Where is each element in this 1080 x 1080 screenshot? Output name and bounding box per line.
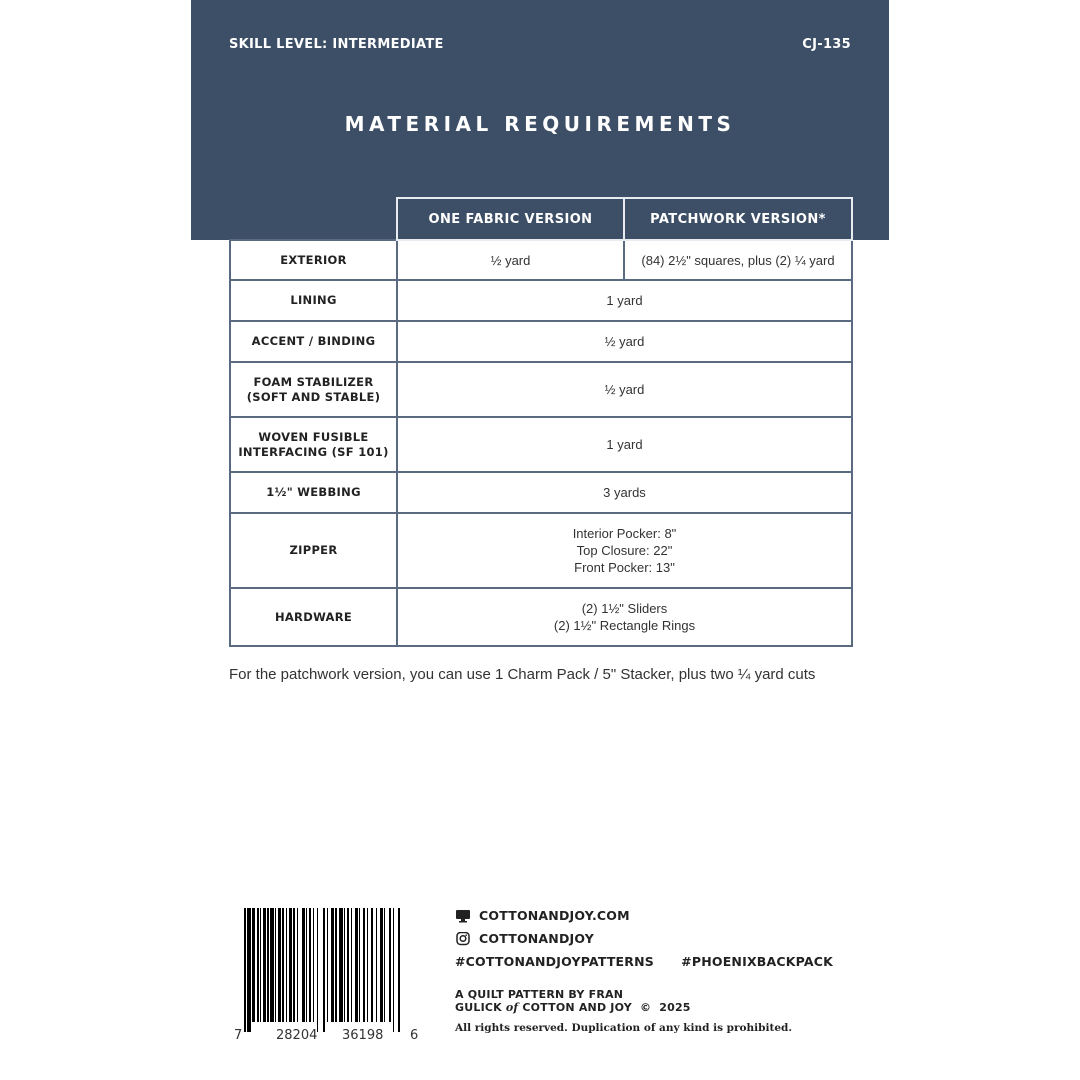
hashtag-cottonandjoypatterns: #COTTONANDJOYPATTERNS xyxy=(455,954,654,969)
material-requirements-table: ONE FABRIC VERSION PATCHWORK VERSION* EX… xyxy=(229,197,853,647)
row-label: ZIPPER xyxy=(230,513,397,588)
table-header-row: ONE FABRIC VERSION PATCHWORK VERSION* xyxy=(230,198,852,240)
row-label: LINING xyxy=(230,280,397,321)
hashtags-row: #COTTONANDJOYPATTERNS #PHOENIXBACKPACK xyxy=(455,950,833,973)
instagram-row: COTTONANDJOY xyxy=(455,927,835,950)
row-label-line: 1½" WEBBING xyxy=(235,485,392,500)
row-value: 3 yards xyxy=(397,472,852,513)
website-row: COTTONANDJOY.COM xyxy=(455,904,835,927)
footer: COTTONANDJOY.COM COTTONANDJOY #COTTONAND… xyxy=(455,904,835,1034)
row-value: ½ yard xyxy=(397,362,852,417)
skill-level: SKILL LEVEL: INTERMEDIATE xyxy=(229,37,444,52)
value-line: ½ yard xyxy=(402,333,847,350)
value-line: ½ yard xyxy=(402,252,619,269)
table-row: HARDWARE(2) 1½" Sliders(2) 1½" Rectangle… xyxy=(230,588,852,646)
table-row: 1½" WEBBING3 yards xyxy=(230,472,852,513)
barcode: 7 28204 36198 6 xyxy=(232,906,422,1046)
row-label: 1½" WEBBING xyxy=(230,472,397,513)
website-link[interactable]: COTTONANDJOY.COM xyxy=(479,908,630,923)
row-label-line: ZIPPER xyxy=(235,543,392,558)
value-line: 1 yard xyxy=(402,436,847,453)
row-label-line: INTERFACING (SF 101) xyxy=(235,445,392,460)
value-line: Top Closure: 22" xyxy=(402,542,847,559)
value-line: (84) 2½" squares, plus (2) ¼ yard xyxy=(629,252,847,269)
row-value: (2) 1½" Sliders(2) 1½" Rectangle Rings xyxy=(397,588,852,646)
table-row: ACCENT / BINDING½ yard xyxy=(230,321,852,362)
table-row: WOVEN FUSIBLEINTERFACING (SF 101)1 yard xyxy=(230,417,852,472)
row-value: Interior Pocker: 8"Top Closure: 22"Front… xyxy=(397,513,852,588)
barcode-digits-right: 36198 xyxy=(342,1028,383,1043)
row-label: EXTERIOR xyxy=(230,240,397,280)
table-row: ZIPPERInterior Pocker: 8"Top Closure: 22… xyxy=(230,513,852,588)
value-line: ½ yard xyxy=(402,381,847,398)
table-row: EXTERIOR½ yard(84) 2½" squares, plus (2)… xyxy=(230,240,852,280)
row-label: ACCENT / BINDING xyxy=(230,321,397,362)
one-fabric-value: ½ yard xyxy=(397,240,624,280)
page-title: MATERIAL REQUIREMENTS xyxy=(191,112,889,136)
credit-of: of xyxy=(506,1001,518,1014)
value-line: 3 yards xyxy=(402,484,847,501)
table-row: FOAM STABILIZER(SOFT AND STABLE)½ yard xyxy=(230,362,852,417)
patchwork-note: For the patchwork version, you can use 1… xyxy=(229,665,851,685)
row-label-line: WOVEN FUSIBLE xyxy=(235,430,392,445)
row-label-line: ACCENT / BINDING xyxy=(235,334,392,349)
column-header-one-fabric: ONE FABRIC VERSION xyxy=(397,198,624,240)
column-header-patchwork: PATCHWORK VERSION* xyxy=(624,198,852,240)
row-value: 1 yard xyxy=(397,417,852,472)
hashtag-phoenixbackpack: #PHOENIXBACKPACK xyxy=(681,954,833,969)
rights-notice: All rights reserved. Duplication of any … xyxy=(455,1022,835,1034)
row-label-line: EXTERIOR xyxy=(235,253,392,268)
value-line: Interior Pocker: 8" xyxy=(402,525,847,542)
value-line: (2) 1½" Sliders xyxy=(402,600,847,617)
header-empty-cell xyxy=(230,198,397,240)
barcode-digit-check: 6 xyxy=(410,1028,418,1043)
row-label-line: FOAM STABILIZER xyxy=(235,375,392,390)
barcode-digit-prefix: 7 xyxy=(234,1028,242,1043)
value-line: 1 yard xyxy=(402,292,847,309)
row-label: FOAM STABILIZER(SOFT AND STABLE) xyxy=(230,362,397,417)
barcode-digits-left: 28204 xyxy=(276,1028,317,1043)
row-value: 1 yard xyxy=(397,280,852,321)
table-row: LINING1 yard xyxy=(230,280,852,321)
value-line: Front Pocker: 13" xyxy=(402,559,847,576)
monitor-icon xyxy=(455,909,471,923)
row-label: WOVEN FUSIBLEINTERFACING (SF 101) xyxy=(230,417,397,472)
row-label-line: LINING xyxy=(235,293,392,308)
row-label: HARDWARE xyxy=(230,588,397,646)
value-line: (2) 1½" Rectangle Rings xyxy=(402,617,847,634)
credit-suffix: COTTON AND JOY © 2025 xyxy=(522,1001,690,1014)
row-label-line: HARDWARE xyxy=(235,610,392,625)
credit-line: A QUILT PATTERN BY FRAN GULICKofCOTTON A… xyxy=(455,988,835,1014)
row-label-line: (SOFT AND STABLE) xyxy=(235,390,392,405)
pattern-code: CJ-135 xyxy=(802,37,851,52)
instagram-icon xyxy=(455,932,471,946)
patchwork-value: (84) 2½" squares, plus (2) ¼ yard xyxy=(624,240,852,280)
row-value: ½ yard xyxy=(397,321,852,362)
instagram-handle[interactable]: COTTONANDJOY xyxy=(479,931,594,946)
